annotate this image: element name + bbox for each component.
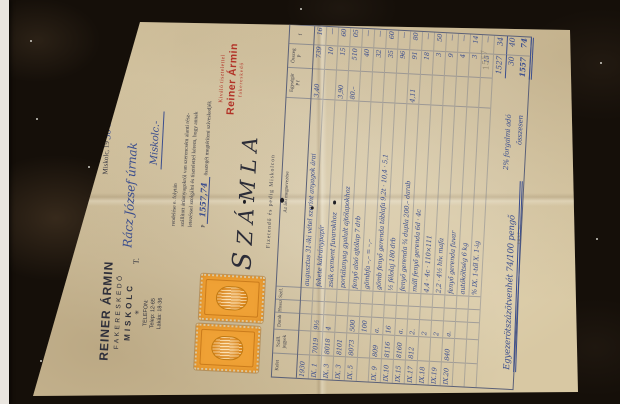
- cell-hossz: [312, 301, 324, 315]
- cell-jegy: [298, 330, 310, 355]
- cell-szel: [445, 294, 457, 308]
- cell-p: 96: [397, 49, 409, 74]
- col-header-hossz: Hossz: [275, 299, 300, 313]
- col-header-osszeg-f: f: [289, 25, 314, 44]
- cell-hossz: [348, 302, 360, 316]
- cell-hossz: [396, 305, 408, 319]
- cell-darab: 2: [419, 319, 431, 337]
- cell-f: 80: [410, 31, 422, 50]
- col-header-szel: Szél.: [276, 286, 301, 300]
- egysegar-label: Egységár: [290, 73, 296, 92]
- cell-szel: [433, 294, 445, 308]
- p-label: P: [297, 55, 302, 58]
- cell-szel: [397, 292, 409, 306]
- cell-hossz: [420, 306, 432, 320]
- cell-f: —: [458, 34, 470, 53]
- cell-eg: [467, 76, 480, 107]
- photo-edge-strip: [0, 0, 9, 404]
- cell-hossz: [324, 301, 336, 315]
- cell-szel: [457, 295, 469, 309]
- cell-eg: 3,90: [335, 69, 348, 100]
- cell-kelet: IX.10: [381, 358, 393, 383]
- cell-kelet: 1930: [297, 354, 309, 379]
- cell-p: 91: [409, 49, 421, 74]
- photo-scene: REINER ÁRMIN FAKERESKEDŐ MISKOLC ✳ TELEF…: [0, 0, 620, 404]
- preamble-line-4: összegét megtéríteni szíveskedjék: [203, 101, 213, 176]
- cell-hossz: [300, 300, 312, 314]
- cell-szel: [409, 293, 421, 307]
- cell-szel: [301, 287, 313, 301]
- cell-hossz: [408, 306, 420, 320]
- cell-f: —: [398, 31, 410, 50]
- cell-jegy: 812: [406, 336, 418, 361]
- cell-jegy: 8160: [394, 335, 406, 360]
- cell-darab: [299, 313, 311, 331]
- cell-hossz: [432, 307, 444, 321]
- cell-szel: [313, 288, 325, 302]
- egysegar-sub-label: P f: [296, 80, 301, 86]
- cell-eg: 3,40: [311, 68, 324, 99]
- cell-hossz: [456, 308, 468, 322]
- cell-kelet: IX. 9: [369, 358, 381, 383]
- cell-f: 05: [350, 28, 362, 47]
- cell-eg: [479, 77, 492, 108]
- cell-eg: 4,11: [407, 73, 420, 104]
- cell-f: —: [362, 29, 374, 48]
- cell-f: 50: [434, 33, 446, 52]
- cell-f: —: [326, 27, 338, 46]
- cell-kelet: IX. 5: [345, 356, 357, 381]
- addressee-city: Miskolc.-: [149, 111, 165, 170]
- col-header-egysegar: Egységár P f: [287, 67, 313, 98]
- cell-jegy: [418, 336, 430, 361]
- f-label: f: [299, 34, 304, 36]
- cell-eg: [443, 75, 456, 106]
- cell-p: 739: [313, 44, 325, 69]
- cell-jegy: 7019: [310, 331, 322, 356]
- cell-p: 35: [385, 48, 397, 73]
- cell-darab: a.: [443, 320, 455, 338]
- cell-jegy: 840: [442, 337, 454, 362]
- cell-szel: [385, 291, 397, 305]
- cell-eg: [323, 69, 336, 100]
- cell-jegy: 8018: [322, 331, 334, 356]
- cell-szel: [361, 290, 373, 304]
- cell-szel: [337, 289, 349, 303]
- cell-p: 9: [445, 51, 457, 76]
- cell-darab: 4: [323, 314, 335, 332]
- cell-darab: 9½: [311, 314, 323, 332]
- cell-hossz: [444, 307, 456, 321]
- cell-darab: a.: [371, 317, 383, 335]
- cell-hossz: [384, 304, 396, 318]
- cell-szel: [421, 293, 433, 307]
- cell-darab: [455, 321, 467, 339]
- total-pengo: 1557: [517, 55, 533, 80]
- cell-f: 60: [338, 28, 350, 47]
- cell-darab: [467, 322, 479, 340]
- cell-darab: 100: [359, 316, 371, 334]
- cell-f: —: [446, 33, 458, 52]
- col-header-kelet: Kelet: [272, 353, 297, 378]
- col-header-jegy: Száll. jegyek: [273, 329, 298, 354]
- cell-p: 10: [325, 45, 337, 70]
- cell-darab: [335, 315, 347, 333]
- cell-kelet: IX.18: [417, 360, 429, 385]
- letterhead: REINER ÁRMIN FAKERESKEDŐ MISKOLC ✳ TELEF…: [96, 254, 166, 369]
- cell-p: 3: [433, 51, 445, 76]
- cell-eg: [371, 71, 384, 102]
- cell-hossz: [372, 304, 384, 318]
- letterhead-phone: TELEFON: Telep: 12-65 Lakás: 18-36: [140, 257, 166, 370]
- cell-p: 15: [337, 46, 349, 71]
- cell-hossz: [360, 303, 372, 317]
- cell-darab: 2: [431, 320, 443, 338]
- cell-kelet: IX. 1: [309, 354, 321, 379]
- cell-jegy: [454, 338, 466, 363]
- col-header-osszeg-p: Összeg P: [288, 43, 313, 68]
- cell-p: 18: [421, 50, 433, 75]
- cell-p: 510: [349, 46, 361, 71]
- cell-kelet: [453, 362, 465, 387]
- cell-kelet: IX.17: [405, 359, 417, 384]
- cell-kelet: [465, 363, 477, 388]
- cell-p: 40: [361, 47, 373, 72]
- dust-speck: [300, 8, 302, 10]
- dust-speck: [88, 166, 90, 168]
- cell-p: 4: [457, 52, 469, 77]
- preamble-line-1: rendelése e. folytán: [171, 183, 179, 226]
- cell-hossz: [336, 302, 348, 316]
- phone-line-2: Lakás: 18-36: [156, 298, 164, 330]
- osszeg-label: Összeg: [291, 48, 297, 63]
- cell-f: —: [374, 29, 386, 48]
- dust-speck: [30, 40, 32, 42]
- invoice-document: REINER ÁRMIN FAKERESKEDŐ MISKOLC ✳ TELEF…: [66, 11, 544, 395]
- preamble-p-label: P: [200, 225, 206, 228]
- addressee-name: Rácz József úrnak: [120, 142, 139, 248]
- cell-darab: a.: [395, 318, 407, 336]
- tax-filler: 40: [506, 36, 519, 55]
- table-body: 1930augusztus 31-iki vétel szerint anyag…: [297, 26, 495, 387]
- cell-kelet: IX.15: [393, 359, 405, 384]
- dust-speck: [36, 118, 38, 120]
- cell-jegy: 809: [370, 334, 382, 359]
- cell-kelet: [357, 357, 369, 382]
- cell-kelet: IX. 3: [321, 355, 333, 380]
- cell-jegy: 8073: [346, 332, 358, 357]
- cell-eg: [395, 73, 408, 104]
- preamble-text: rendelése e. folytán szállított árúanyag…: [170, 20, 219, 228]
- cell-kelet: IX.20: [441, 361, 453, 386]
- addressee-t-label: T.: [132, 258, 141, 265]
- cell-jegy: 8101: [334, 332, 346, 357]
- cell-eg: [455, 76, 468, 107]
- cell-jegy: 8116: [382, 334, 394, 359]
- cell-szel: [373, 291, 385, 305]
- cell-eg: [383, 72, 396, 103]
- cell-jegy: [358, 333, 370, 358]
- dust-speck: [600, 62, 602, 64]
- cell-jegy: [466, 339, 478, 364]
- cell-kelet: IX.19: [429, 361, 441, 386]
- cell-hossz: [468, 309, 480, 323]
- cell-eg: [359, 71, 372, 102]
- cell-darab: 2.: [407, 319, 419, 337]
- cell-eg: 80.–: [347, 70, 360, 101]
- total-filler: 74: [518, 37, 534, 56]
- cell-jegy: [430, 337, 442, 362]
- dust-speck: [40, 360, 42, 362]
- dust-speck: [596, 238, 598, 240]
- preamble-amount-handwritten: 1557,74: [196, 176, 209, 223]
- cell-p: 32: [373, 47, 385, 72]
- col-header-darab: Darab: [274, 312, 299, 330]
- cell-f: —: [422, 32, 434, 51]
- cell-eg: [431, 75, 444, 106]
- cell-szel: [349, 289, 361, 303]
- cell-f: 16: [314, 26, 326, 45]
- cell-kelet: IX. 3: [333, 356, 345, 381]
- cell-darab: 500: [347, 315, 359, 333]
- cell-eg: [419, 74, 432, 105]
- cell-szel: [325, 288, 337, 302]
- cell-darab: 16: [383, 317, 395, 335]
- cell-f: 60: [386, 30, 398, 49]
- cell-szel: [469, 296, 481, 310]
